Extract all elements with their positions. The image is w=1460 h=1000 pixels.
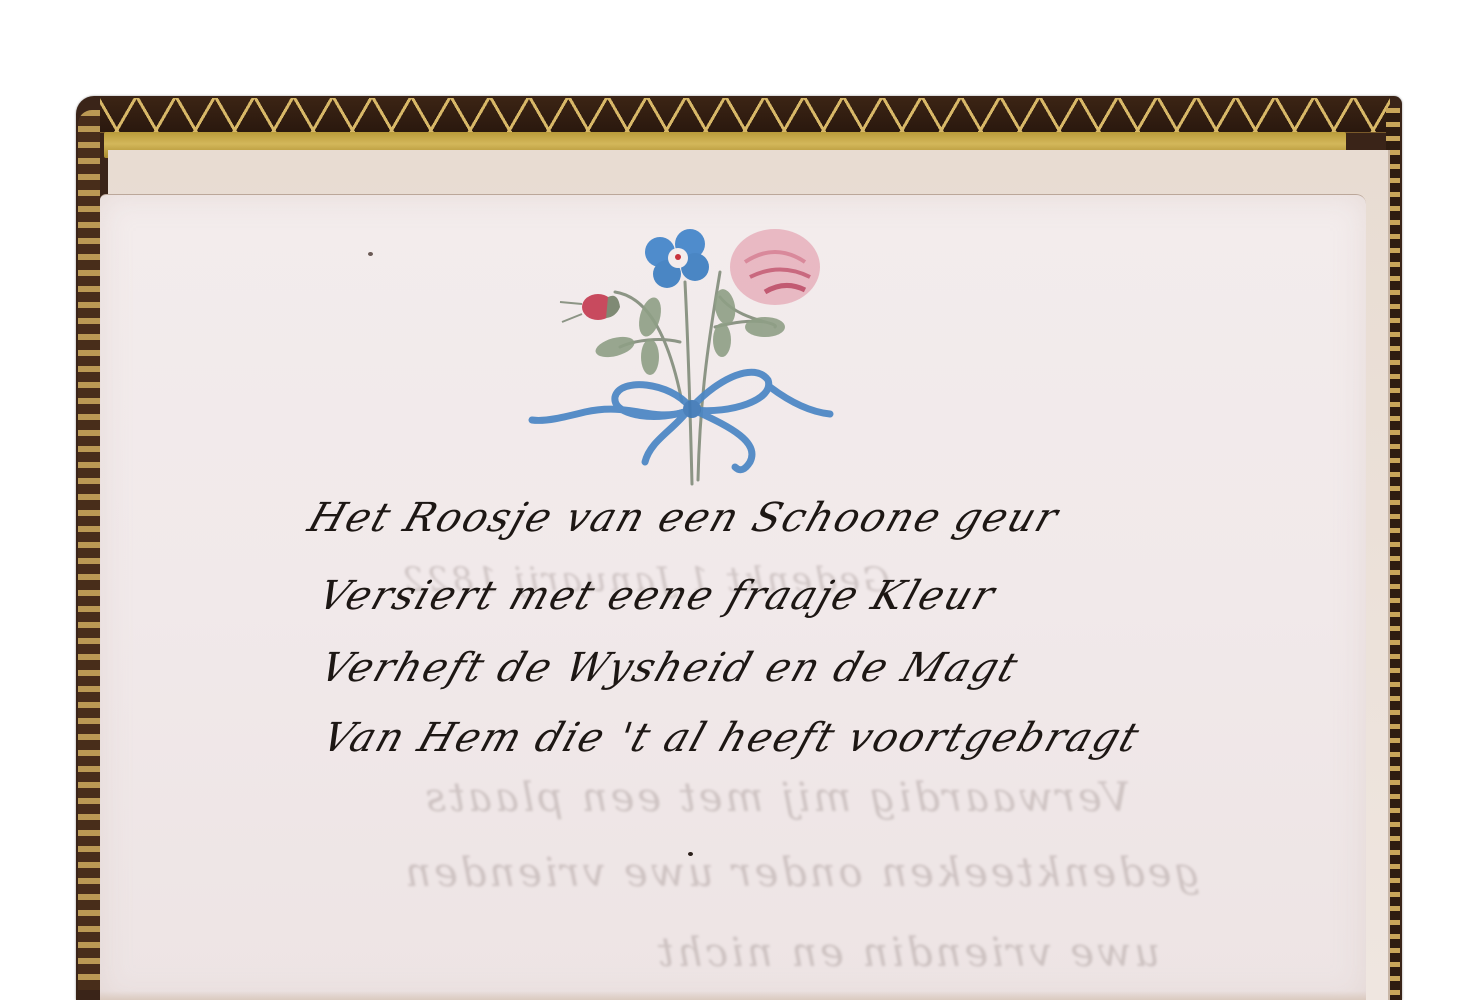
- bouquet-illustration: [520, 222, 850, 492]
- ink-speck: [688, 852, 693, 856]
- bleed-line: uwe vriendin en nicht: [655, 930, 1160, 976]
- rosebud-icon: [560, 294, 620, 322]
- ink-speck: [368, 252, 373, 256]
- gilt-tooled-border: [100, 98, 1390, 133]
- forget-me-not-icon: [645, 229, 709, 288]
- bleed-line: Verwaardig mij met een plaats: [422, 775, 1130, 821]
- rose-icon: [730, 229, 820, 305]
- verse-line-4: Van Hem die 't al heeft voortgebragt: [317, 715, 1147, 761]
- bleed-line: gedenkteeken onder uwe vrienden: [402, 850, 1200, 896]
- verse-line-1: Het Roosje van een Schoone geur: [303, 495, 1066, 541]
- album-photograph: Gedenkt 1 Januarij 1822 Verwaardig mij m…: [0, 0, 1460, 1000]
- verse-line-2: Versiert met eene fraaje Kleur: [313, 573, 1002, 619]
- gilt-left-edge: [78, 110, 100, 990]
- ribbon-bow-icon: [532, 372, 830, 470]
- verse-line-3: Verheft de Wysheid en de Magt: [315, 645, 1026, 691]
